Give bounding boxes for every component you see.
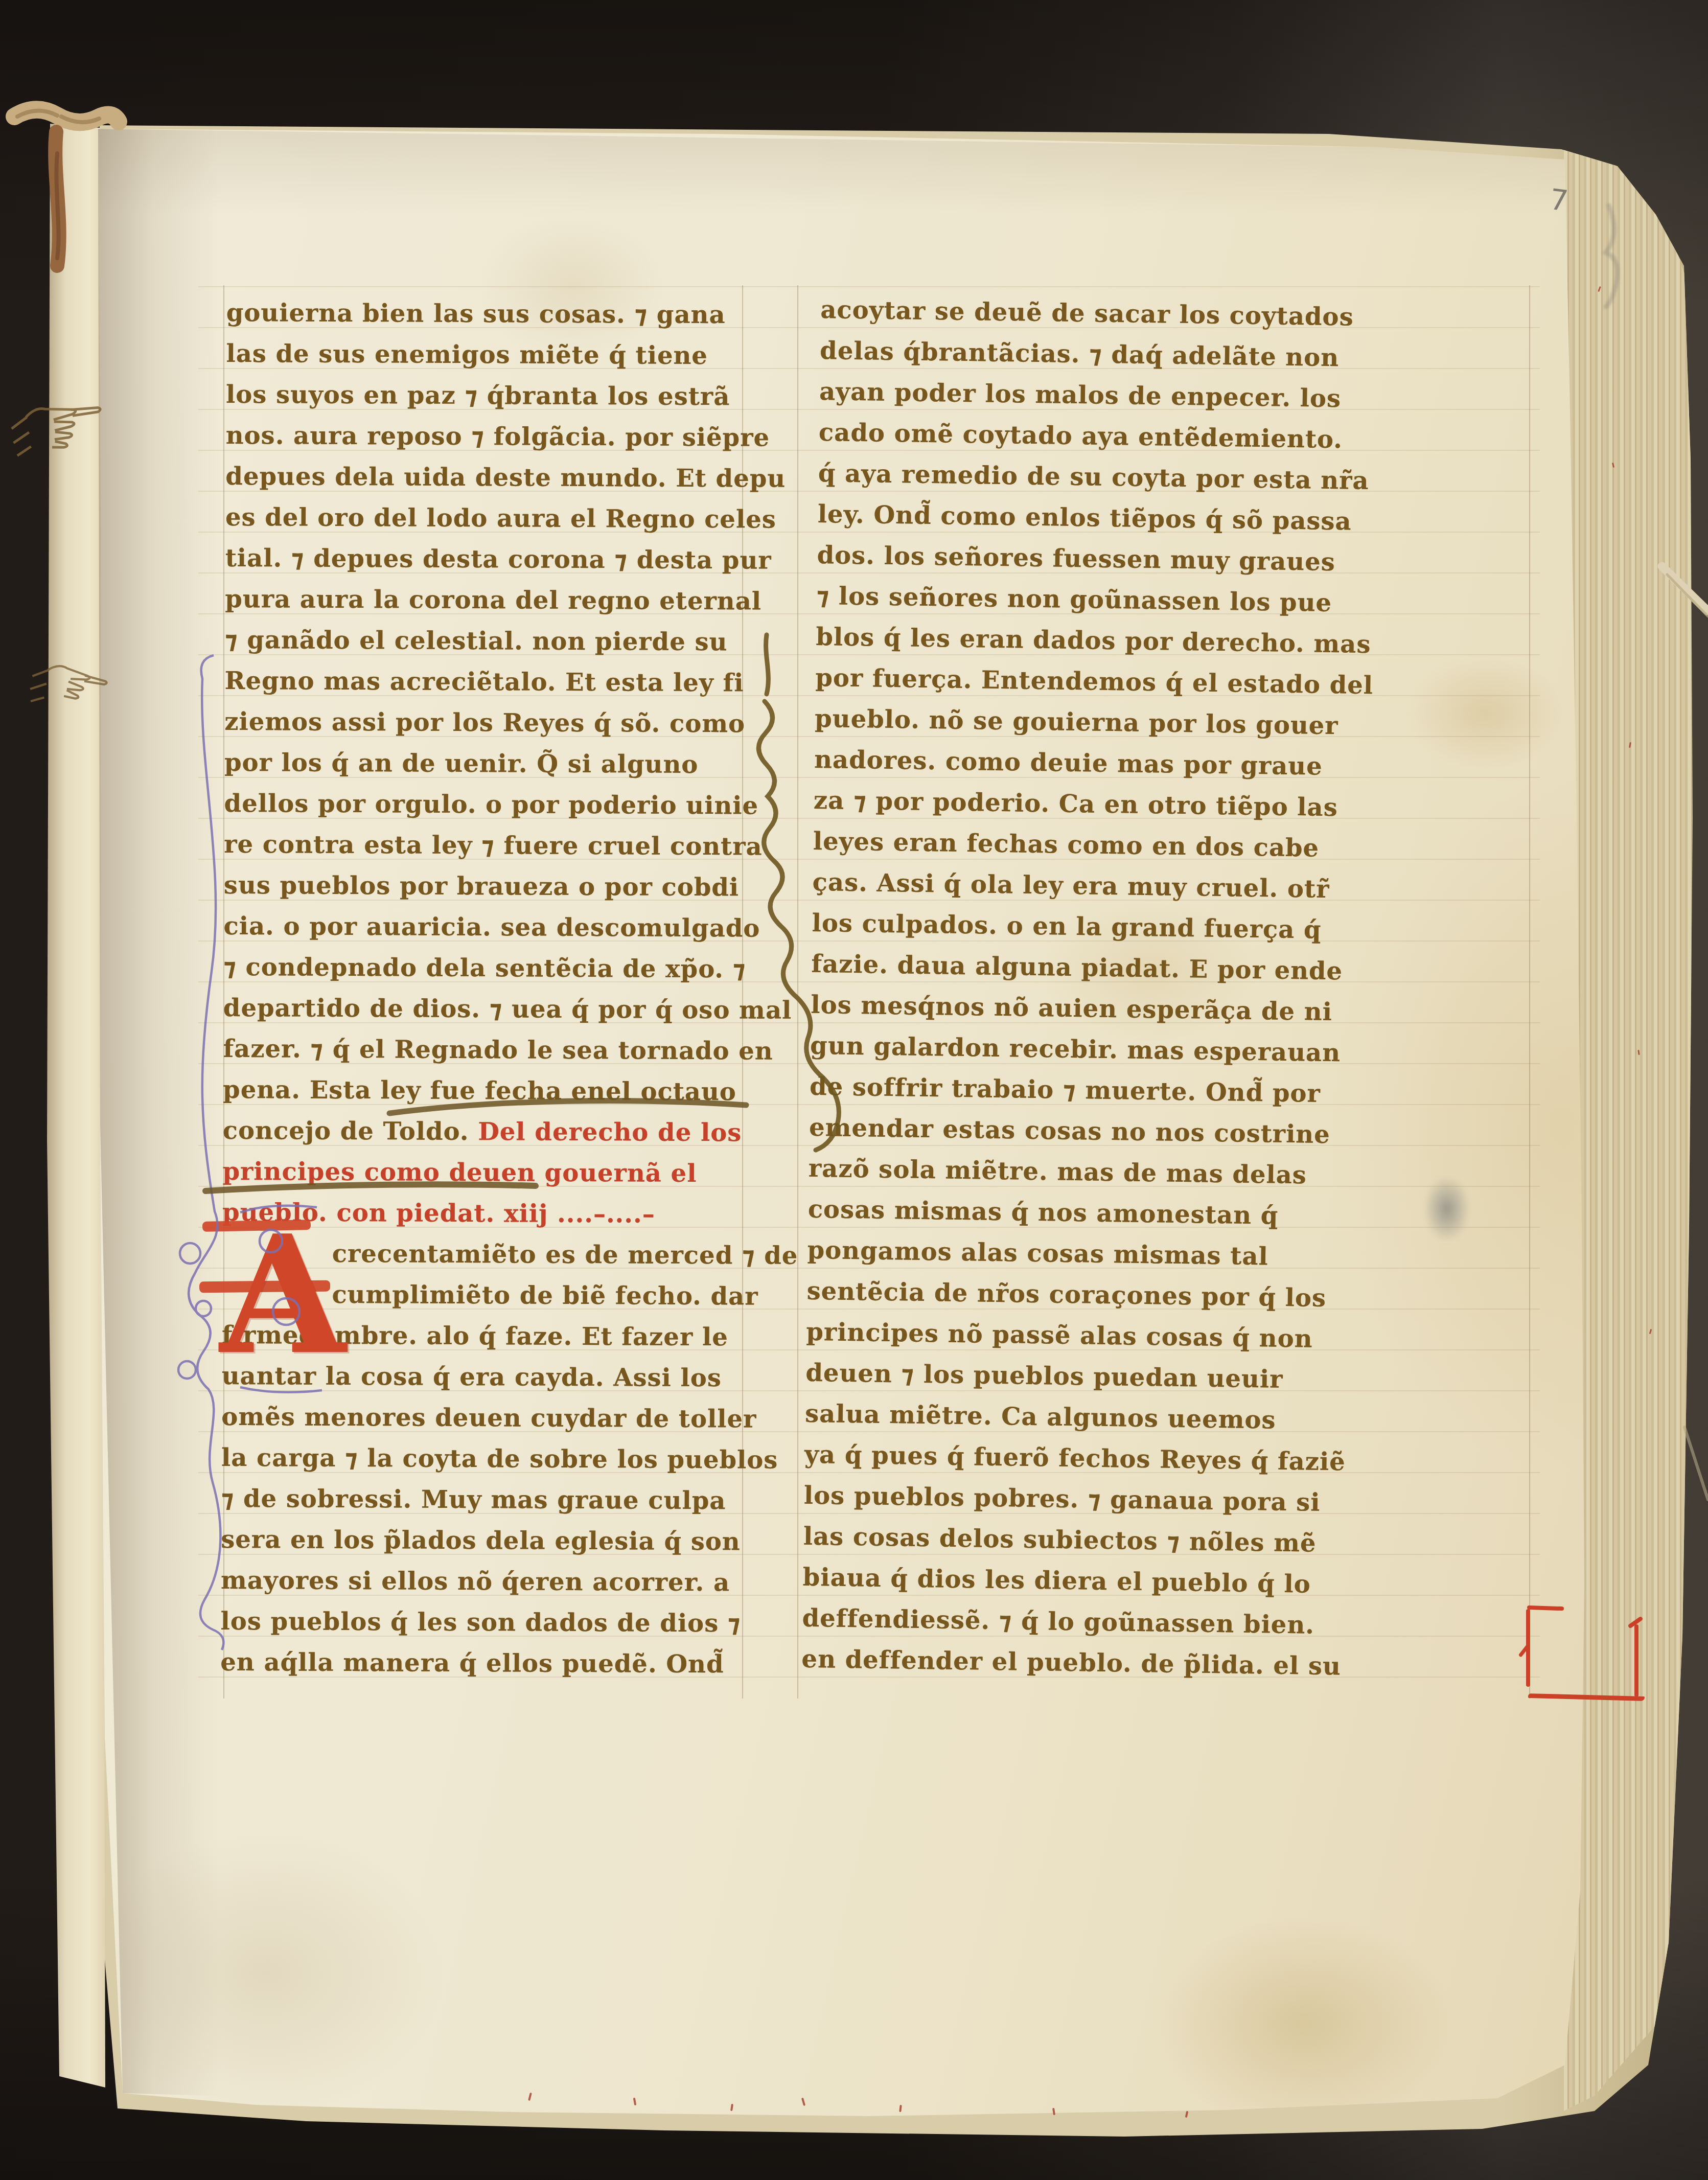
manicule-icon [8,397,106,457]
underline-stroke [389,1101,746,1113]
filigree-flourish [178,655,322,1650]
manuscript-photo: gouierna bien las sus cosas. ⁊ ganalas d… [0,0,1708,2180]
manicule-icon [29,663,108,709]
fore-edge-thread-icon [1684,1427,1708,1500]
fore-edge-tie-icon [1667,575,1708,616]
fore-edge-tie-icon [1662,566,1708,611]
pencil-smudge [1606,205,1618,307]
binding-cord-icon [14,109,119,266]
pen-work-overlay [0,0,1708,2180]
paragraph-brace [758,635,839,1150]
underline-stroke [205,1184,536,1191]
